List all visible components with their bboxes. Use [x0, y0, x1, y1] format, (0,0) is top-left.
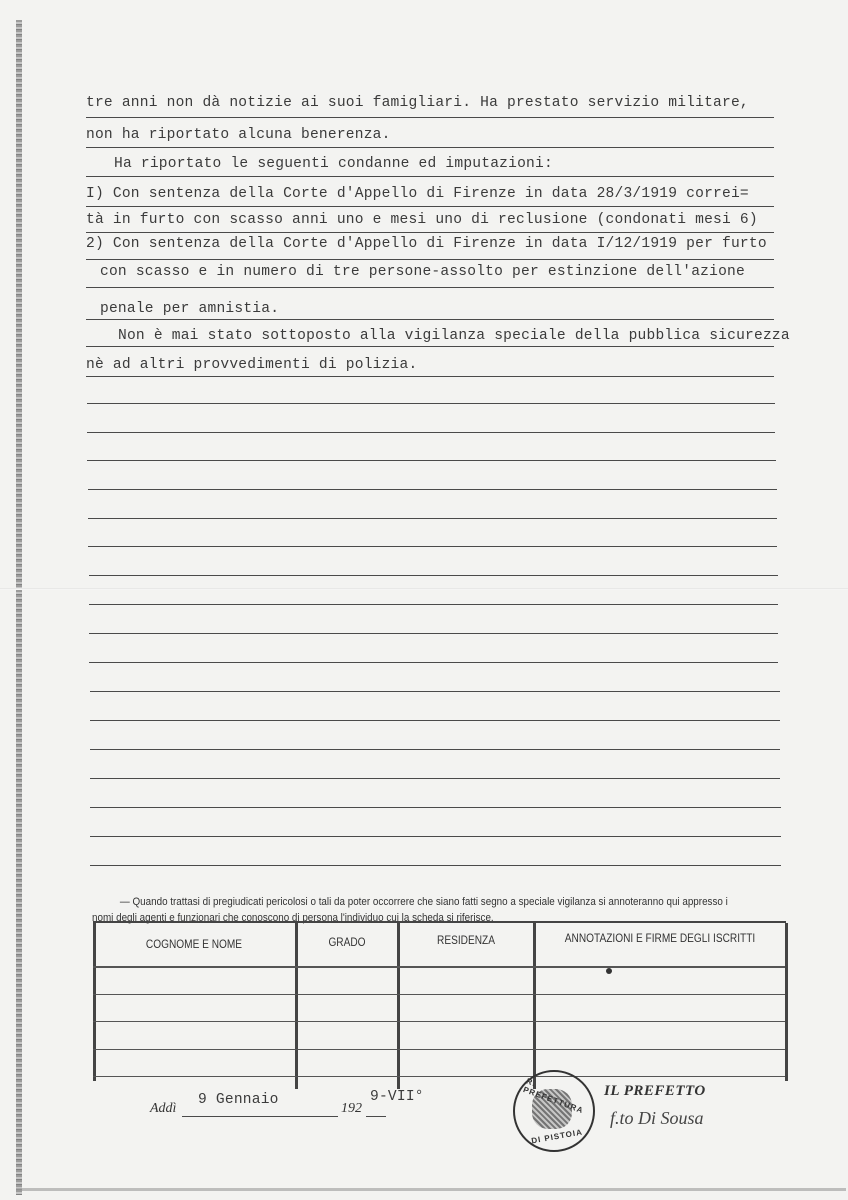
ruled-line — [86, 176, 774, 177]
stamp-text-bottom: DI PISTOIA — [531, 1128, 584, 1146]
table-row — [93, 994, 785, 995]
table-row — [93, 1049, 785, 1050]
ruled-line — [89, 662, 778, 663]
ruled-line — [87, 403, 775, 404]
ruled-line — [86, 319, 774, 320]
year-underline — [366, 1116, 386, 1117]
prefect-signature: f.to Di Sousa — [610, 1108, 704, 1129]
date-underline — [182, 1116, 338, 1117]
paper-left-edge — [16, 20, 22, 1195]
typed-line-2: non ha riportato alcuna benerenza. — [86, 127, 391, 143]
ink-dot — [606, 968, 612, 974]
typed-line-1: tre anni non dà notizie ai suoi famiglia… — [86, 95, 749, 111]
table-row — [93, 1021, 785, 1022]
ruled-line — [88, 489, 777, 490]
agents-table: COGNOME E NOME GRADO RESIDENZA ANNOTAZIO… — [93, 921, 786, 1081]
typed-line-10: nè ad altri provvedimenti di polizia. — [86, 357, 417, 373]
typed-line-9: Non è mai stato sottoposto alla vigilanz… — [118, 328, 790, 344]
ruled-line — [87, 460, 776, 461]
ruled-line — [89, 604, 778, 605]
paper-fold — [0, 588, 848, 590]
addi-label: Addì — [150, 1101, 176, 1117]
ruled-line — [90, 749, 780, 750]
ruled-line — [86, 287, 774, 288]
typed-line-4: I) Con sentenza della Corte d'Appello di… — [86, 186, 749, 202]
header-annotazioni: ANNOTAZIONI E FIRME DEGLI ISCRITTI — [550, 933, 770, 945]
ruled-line — [90, 865, 781, 866]
paper-bottom-edge — [16, 1188, 846, 1191]
ruled-line — [86, 147, 774, 148]
prefect-title: IL PREFETTO — [604, 1083, 706, 1100]
ruled-line — [87, 432, 775, 433]
ruled-line — [88, 518, 777, 519]
typed-line-8: penale per amnistia. — [100, 301, 279, 317]
table-column-divider — [397, 923, 400, 1089]
ruled-line — [86, 346, 774, 347]
ruled-line — [86, 117, 774, 118]
table-column-divider — [533, 923, 536, 1089]
header-grado: GRADO — [303, 937, 391, 949]
ruled-line — [86, 259, 774, 260]
ruled-line — [86, 232, 774, 233]
header-cognome-nome: COGNOME E NOME — [105, 939, 283, 951]
ruled-line — [90, 807, 781, 808]
year-prefix: 192 — [341, 1101, 362, 1117]
year-value: 9-VII° — [370, 1089, 424, 1105]
typed-line-5: tà in furto con scasso anni uno e mesi u… — [86, 212, 758, 228]
date-value: 9 Gennaio — [198, 1092, 279, 1108]
table-header-rule — [93, 966, 785, 968]
ruled-line — [89, 633, 778, 634]
typed-line-7: con scasso e in numero di tre persone-as… — [100, 264, 745, 280]
ruled-line — [90, 720, 780, 721]
ruled-line — [86, 376, 774, 377]
table-border-left — [93, 923, 96, 1081]
typed-line-6: 2) Con sentenza della Corte d'Appello di… — [86, 236, 767, 252]
header-residenza: RESIDENZA — [407, 935, 525, 947]
table-column-divider — [295, 923, 298, 1089]
ruled-line — [89, 575, 778, 576]
typed-line-3: Ha riportato le seguenti condanne ed imp… — [114, 156, 553, 172]
ruled-line — [90, 691, 780, 692]
prefecture-stamp: R. PREFETTURA DI PISTOIA — [513, 1070, 595, 1152]
table-row — [93, 1076, 785, 1077]
ruled-line — [90, 778, 780, 779]
table-border-right — [785, 923, 788, 1081]
ruled-line — [86, 206, 774, 207]
ruled-line — [90, 836, 781, 837]
ruled-line — [88, 546, 777, 547]
